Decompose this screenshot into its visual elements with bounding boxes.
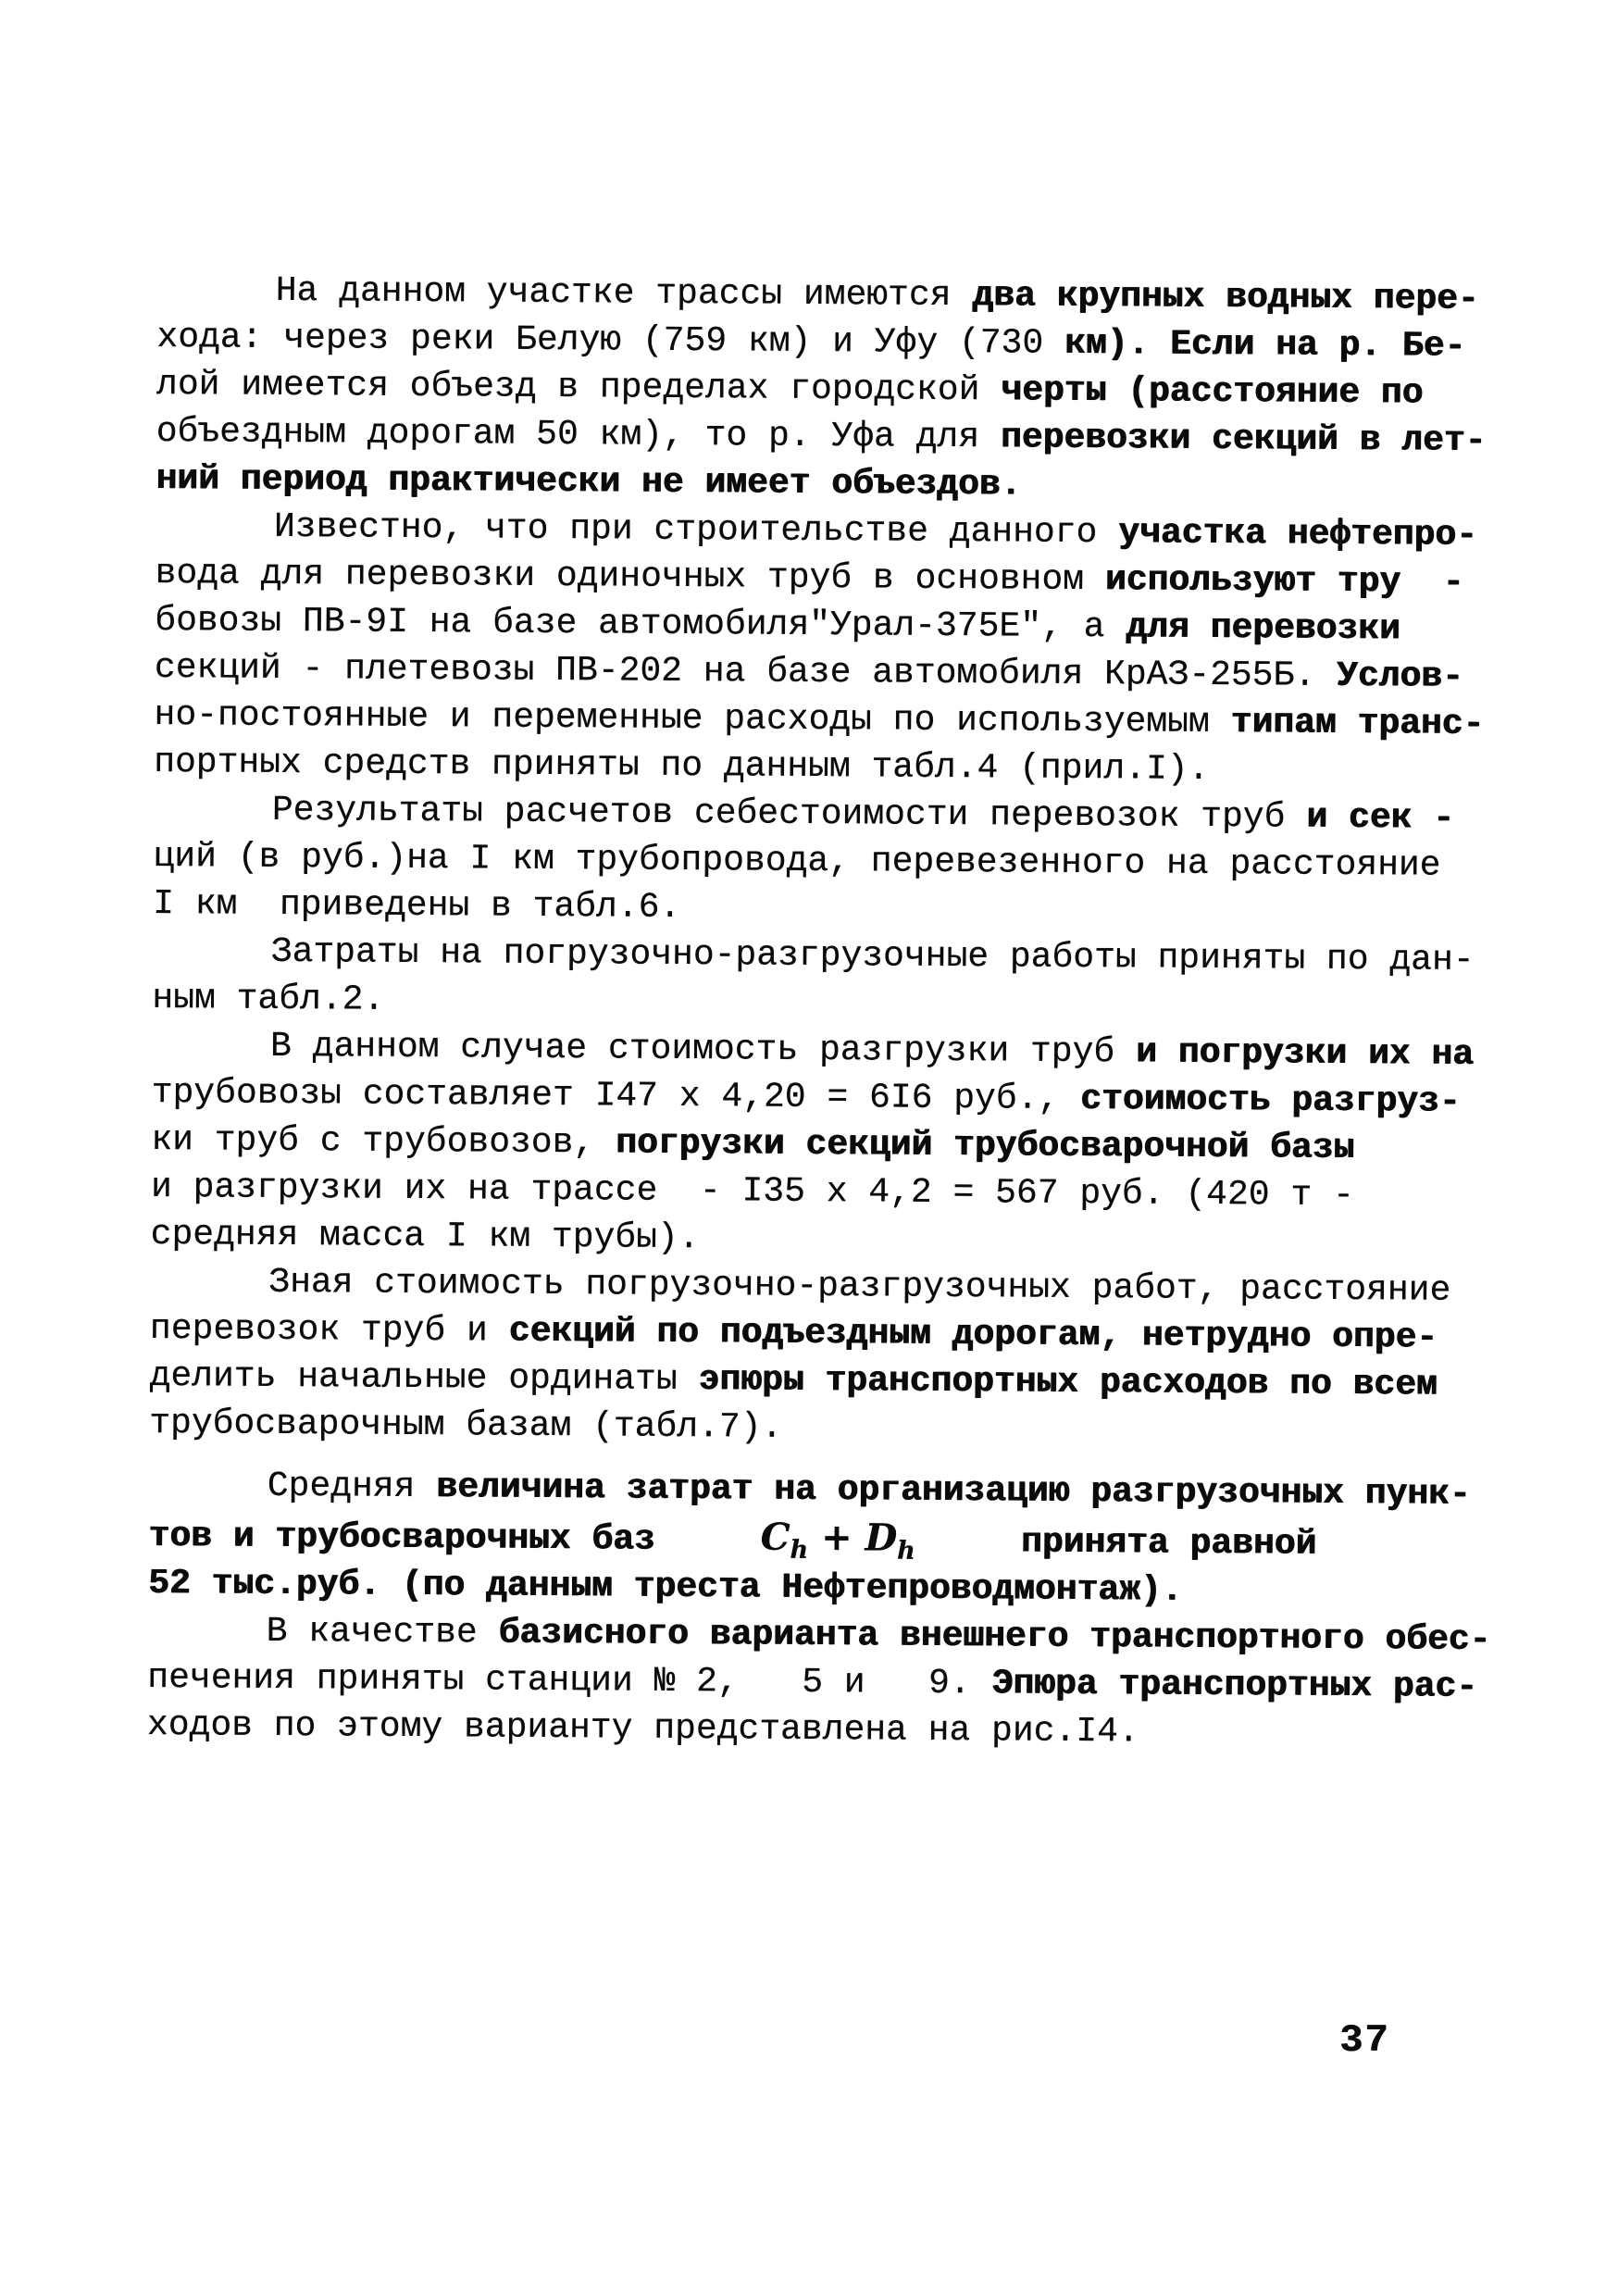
text-segment: делить начальные ординаты — [149, 1356, 698, 1400]
text-segment: перевозок труб и — [150, 1309, 509, 1352]
text-segment: два крупных водных пере- — [972, 276, 1479, 319]
paragraph: На данном участке трассы имеются два кру… — [156, 267, 1527, 512]
text-segment: объездным дорогам 50 км), то р. Уфа для — [156, 412, 1001, 457]
text-block: На данном участке трассы имеются два кру… — [147, 267, 1527, 1758]
paragraph: В данном случае стоимость разгрузки труб… — [151, 1022, 1523, 1267]
text-segment: и сек - — [1306, 798, 1454, 839]
text-segment: участка нефтепро- — [1118, 513, 1477, 555]
text-segment: ки труб с трубовозов, — [151, 1120, 616, 1164]
formula-segment: + — [808, 1516, 865, 1559]
formula-segment: Dh — [865, 1516, 915, 1559]
formula-subscript: h — [790, 1536, 808, 1565]
text-segment: трубовозы составляет I47 х 4,20 = 6I6 ру… — [152, 1073, 1081, 1119]
text-segment: Известно, что при строительстве данного — [274, 507, 1118, 553]
formula-segment: Ch — [761, 1516, 809, 1559]
text-segment: но-постоянные и переменные расходы по ис… — [154, 695, 1230, 742]
text-segment: типам транс- — [1230, 703, 1484, 744]
paragraph: Зная стоимость погрузочно-разгрузочных р… — [149, 1258, 1520, 1456]
text-segment: погрузки секций трубосварочной базы — [616, 1123, 1354, 1168]
text-segment: принята равной — [1021, 1523, 1317, 1565]
text-line: ходов по этому варианту представлена на … — [147, 1702, 1517, 1758]
text-segment: ций (в руб.)на I км трубопровода, переве… — [153, 837, 1440, 886]
text-segment: I км приведены в табл.6. — [153, 884, 680, 928]
text-segment: секций - плетевозы ПВ-202 на базе автомо… — [155, 648, 1337, 696]
text-segment: вода для перевозки одиночных труб в осно… — [156, 554, 1105, 600]
text-segment: ний период практически не имеет объездов… — [156, 459, 1021, 505]
text-segment: В качестве — [267, 1612, 499, 1653]
text-segment: В данном случае стоимость разгрузки труб — [270, 1027, 1136, 1073]
paragraph: Результаты расчетов себестоимости перево… — [153, 786, 1524, 937]
text-segment: перевозки секций в лет- — [1001, 418, 1487, 461]
text-segment: Эпюра транспортных рас- — [991, 1664, 1477, 1707]
text-segment: печения приняты станции № 2, 5 и 9. — [147, 1658, 991, 1703]
text-segment: бовозы ПВ-9I на базе автомобиля"Урал-375… — [155, 601, 1126, 647]
text-segment: для перевозки — [1126, 607, 1400, 649]
text-segment: На данном участке трассы имеются — [276, 271, 973, 316]
text-segment: и разгрузки их на трассе - I35 х 4,2 = 5… — [151, 1167, 1354, 1216]
document-page: На данном участке трассы имеются два кру… — [0, 0, 1618, 2296]
formula-subscript: h — [897, 1537, 915, 1566]
paragraph: Затраты на погрузочно-разгрузочные работ… — [152, 928, 1523, 1031]
text-segment: ным табл.2. — [152, 979, 384, 1020]
text-segment: Результаты расчетов себестоимости перево… — [272, 791, 1307, 838]
text-segment: стоимость разгруз- — [1080, 1079, 1461, 1122]
text-segment: и погрузки их на — [1136, 1032, 1474, 1075]
text-segment: портных средств приняты по данным табл.4… — [154, 742, 1209, 790]
text-segment: Затраты на погрузочно-разгрузочные работ… — [271, 932, 1475, 980]
text-segment: Услов- — [1337, 656, 1463, 697]
paragraph: Средняя величина затрат на организацию р… — [148, 1462, 1519, 1616]
text-segment: трубосварочным базам (табл.7). — [149, 1404, 782, 1448]
text-line: трубосварочным базам (табл.7). — [149, 1400, 1519, 1456]
text-segment: черты (расстояние по — [1001, 370, 1423, 413]
text-segment: хода: через реки Белую (759 км) и Уфу (7… — [156, 318, 1064, 364]
paragraph: Известно, что при строительстве данного … — [154, 503, 1525, 795]
text-segment: тов и трубосварочных баз — [148, 1516, 655, 1560]
text-segment: средняя масса I км трубы). — [151, 1215, 700, 1258]
page-number: 37 — [1339, 2018, 1389, 2063]
text-segment — [655, 1520, 761, 1561]
text-segment: Зная стоимость погрузочно-разгрузочных р… — [268, 1263, 1450, 1311]
text-line: тов и трубосварочных баз Ch + Dh принята… — [148, 1509, 1518, 1569]
text-segment: секций по подъездным дорогам, нетрудно о… — [509, 1312, 1438, 1358]
paragraph: В качестве базисного варианта внешнего т… — [147, 1607, 1518, 1758]
text-segment: базисного варианта внешнего транспортног… — [498, 1614, 1490, 1660]
text-segment: Средняя — [268, 1466, 437, 1507]
text-segment: величина затрат на организацию разгрузоч… — [436, 1467, 1471, 1515]
text-segment: 52 тыс.руб. (по данным треста Нефтепрово… — [148, 1564, 1183, 1611]
text-segment: лой имеется объезд в пределах городской — [156, 365, 1001, 410]
text-segment — [915, 1522, 1021, 1563]
text-segment: используют тру - — [1105, 560, 1464, 603]
text-segment: ходов по этому варианту представлена на … — [147, 1705, 1139, 1752]
text-segment: эпюры транспортных расходов по всем — [698, 1360, 1437, 1405]
text-segment: км). Если на р. Бе- — [1064, 324, 1466, 367]
